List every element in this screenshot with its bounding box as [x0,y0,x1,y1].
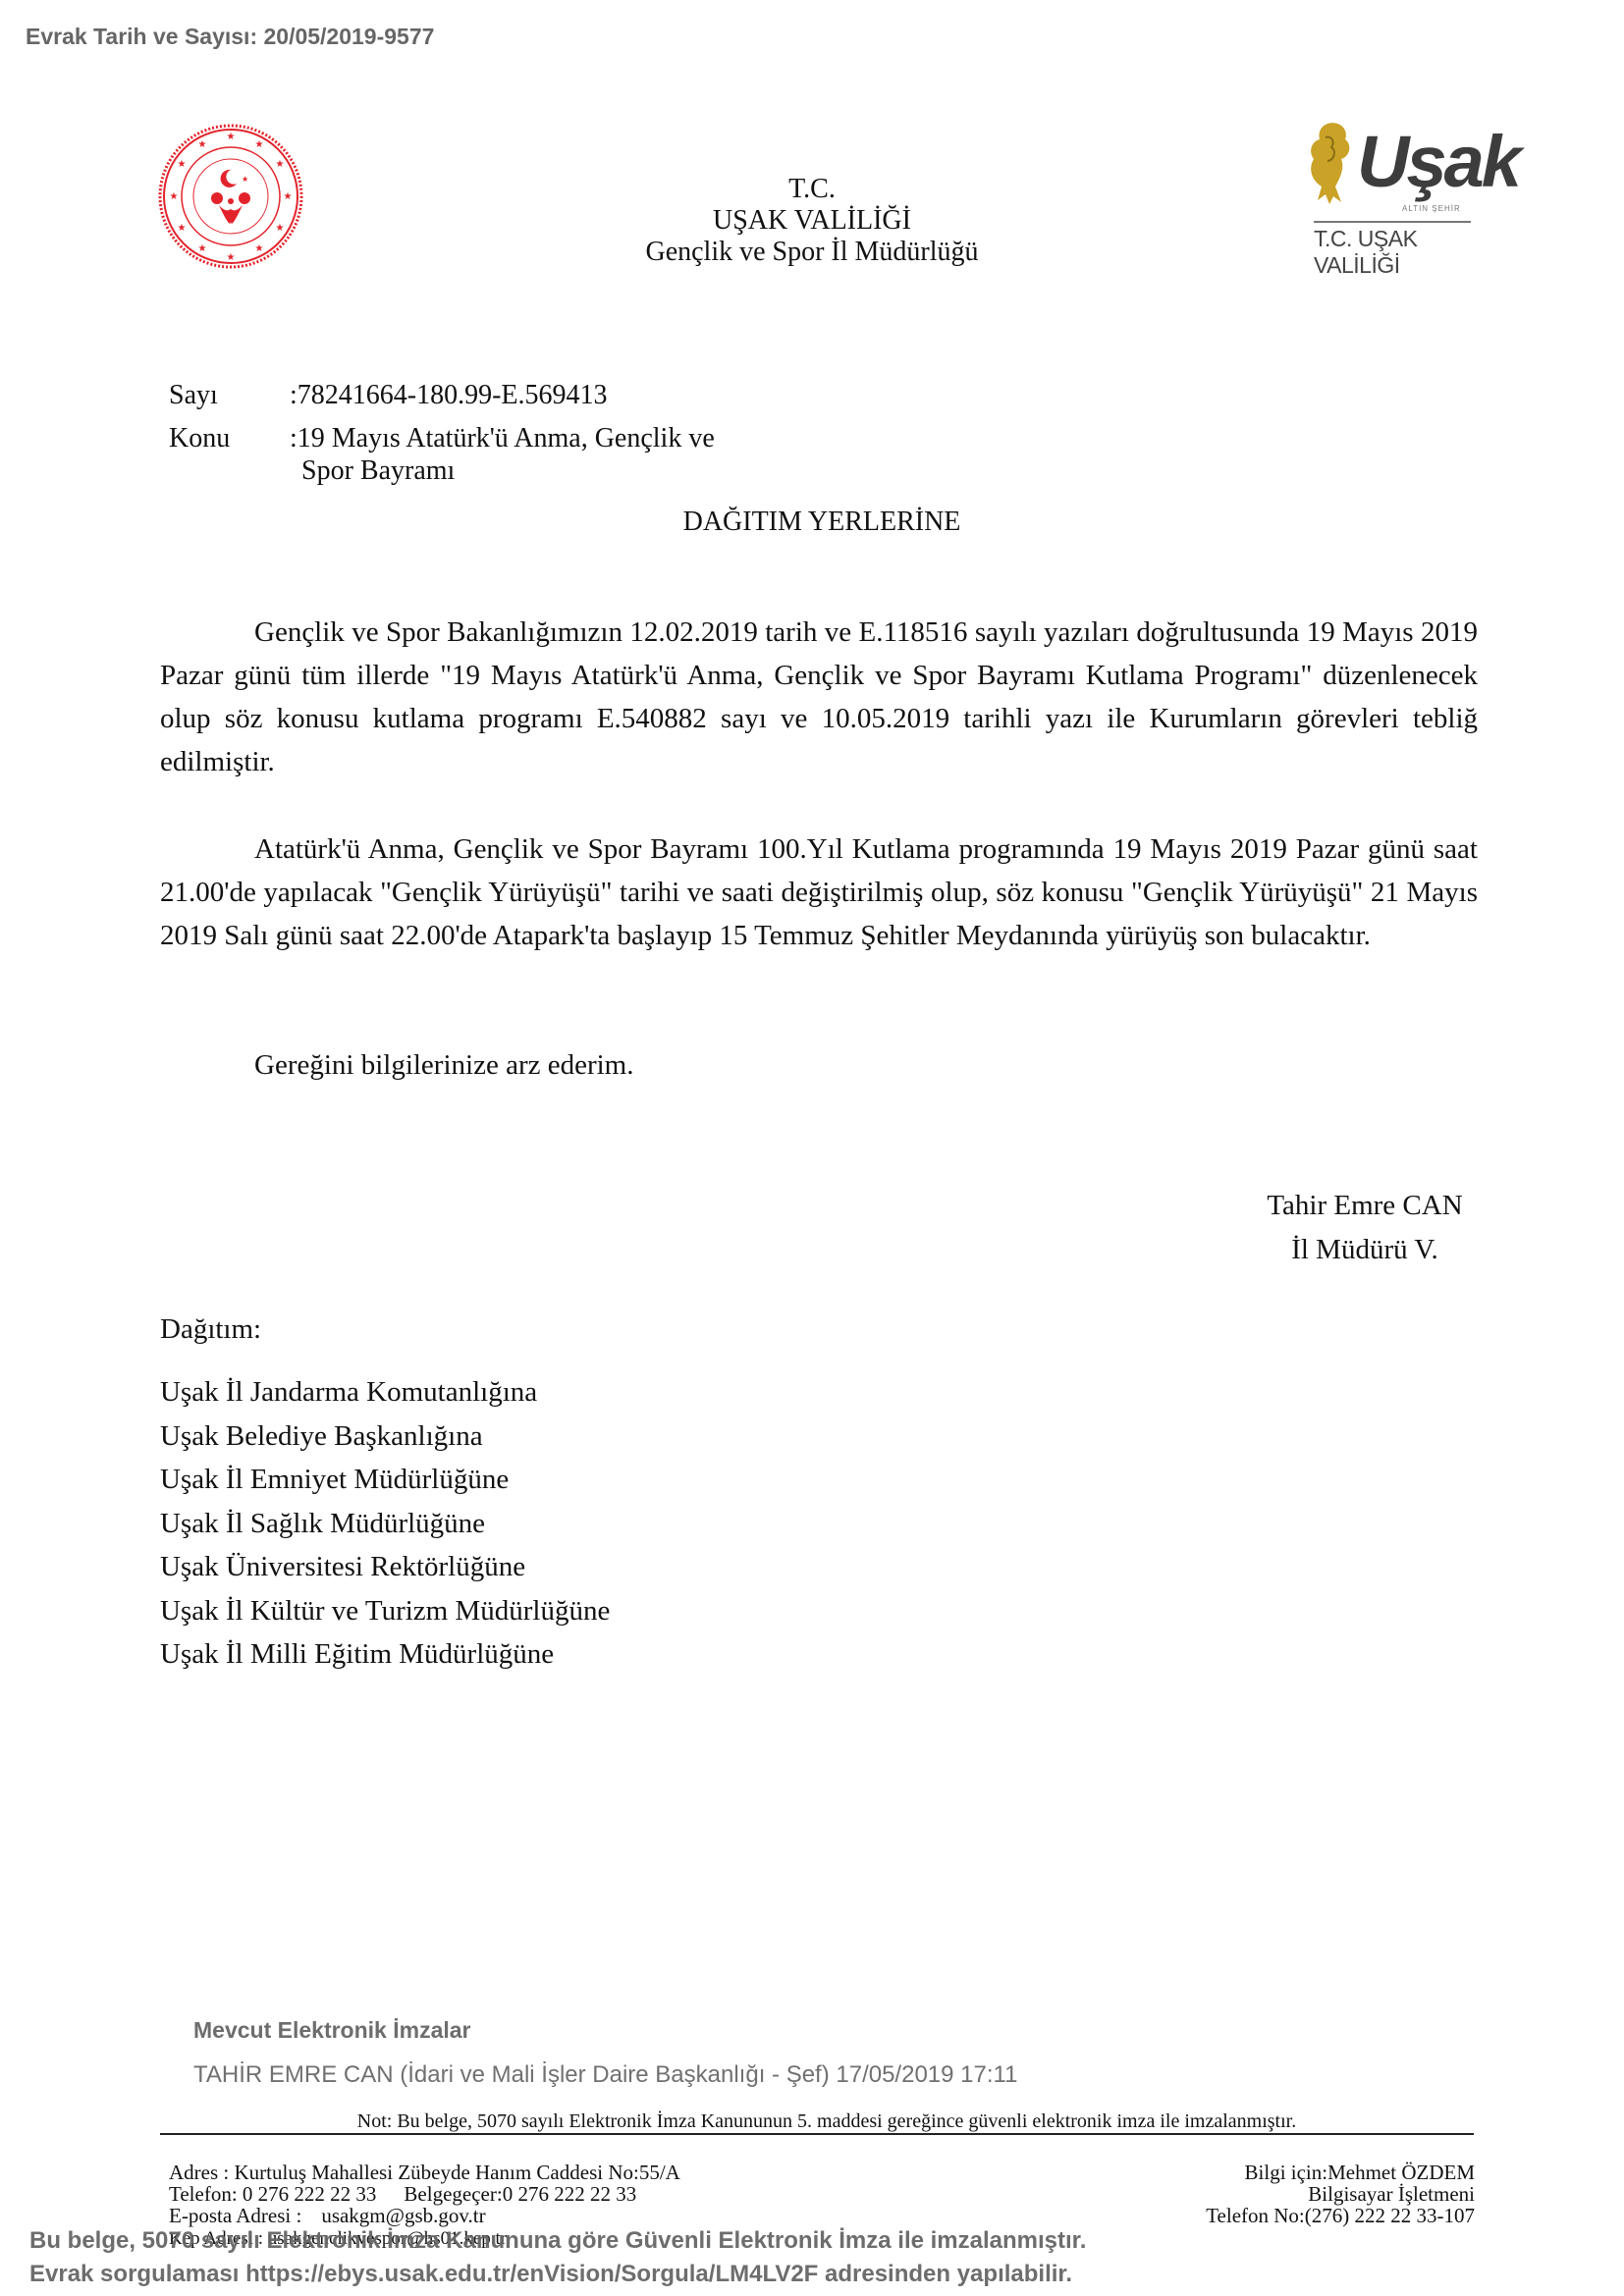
signer-name: Tahir Emre CAN [1208,1184,1522,1228]
footer-contact-left: Adres : Kurtuluş Mahallesi Zübeyde Hanım… [169,2162,680,2226]
konu-value-continued: Spor Bayramı [169,454,839,488]
footer-email-row: E-posta Adresi :usakgm@gsb.gov.tr [169,2205,680,2226]
konu-row: Konu :19 Mayıs Atatürk'ü Anma, Gençlik v… [169,422,839,455]
evrak-date-number: Evrak Tarih ve Sayısı: 20/05/2019-9577 [26,24,434,50]
footer-phone: Telefon: 0 276 222 22 33 [169,2182,376,2206]
sayi-row: Sayı :78241664-180.99-E.569413 [169,379,839,412]
svg-text:★: ★ [255,139,264,150]
info-contact: Bilgi için:Mehmet ÖZDEM [1206,2162,1475,2183]
distribution-item: Uşak İl Kültür ve Turizm Müdürlüğüne [160,1589,610,1633]
distribution-item: Uşak İl Emniyet Müdürlüğüne [160,1458,610,1502]
info-phone: Telefon No:(276) 222 22 33-107 [1206,2205,1475,2226]
addressee: DAĞITIM YERLERİNE [0,507,1624,538]
footer-phone-fax: Telefon: 0 276 222 22 33Belgegeçer:0 276… [169,2183,680,2205]
signer-block: Tahir Emre CAN İl Müdürü V. [1208,1184,1522,1272]
watermark-esign-statement: Bu belge, 5070 sayılı Elektronik İmza Ka… [29,2224,1086,2258]
footer-contact-right: Bilgi için:Mehmet ÖZDEM Bilgisayar İşlet… [1206,2162,1475,2226]
konu-value: :19 Mayıs Atatürk'ü Anma, Gençlik ve [290,422,839,455]
distribution-item: Uşak Üniversitesi Rektörlüğüne [160,1545,610,1589]
distribution-item: Uşak İl Milli Eğitim Müdürlüğüne [160,1632,610,1677]
footer-address: Adres : Kurtuluş Mahallesi Zübeyde Hanım… [169,2162,680,2183]
heading-tc: T.C. [0,174,1624,205]
distribution-item: Uşak İl Sağlık Müdürlüğüne [160,1502,610,1546]
heading-directorate: Gençlik ve Spor İl Müdürlüğü [0,237,1624,268]
distribution-item: Uşak Belediye Başkanlığına [160,1415,610,1459]
watermark-verification-link[interactable]: Evrak sorgulaması https://ebys.usak.edu.… [29,2258,1086,2291]
footer-divider [160,2133,1474,2135]
signer-title: İl Müdürü V. [1208,1228,1522,1272]
heading-valilik: UŞAK VALİLİĞİ [0,205,1624,237]
svg-text:★: ★ [227,132,236,142]
body-paragraph: Gençlik ve Spor Bakanlığımızın 12.02.201… [160,611,1478,783]
distribution-list: Uşak İl Jandarma Komutanlığına Uşak Bele… [160,1370,610,1677]
verification-watermark: Bu belge, 5070 sayılı Elektronik İmza Ka… [29,2224,1086,2291]
sayi-value: :78241664-180.99-E.569413 [290,379,839,412]
distribution-item: Uşak İl Jandarma Komutanlığına [160,1370,610,1415]
svg-text:★: ★ [178,159,187,170]
konu-label: Konu [169,422,290,455]
body-paragraph: Atatürk'ü Anma, Gençlik ve Spor Bayramı … [160,828,1478,957]
distribution-title: Dağıtım: [160,1313,261,1346]
svg-text:★: ★ [198,139,207,150]
footer-fax: Belgegeçer:0 276 222 22 33 [404,2182,636,2206]
document-heading: T.C. UŞAK VALİLİĞİ Gençlik ve Spor İl Mü… [0,174,1624,268]
esignature-legal-note: Not: Bu belge, 5070 sayılı Elektronik İm… [0,2110,1624,2133]
document-meta: Sayı :78241664-180.99-E.569413 Konu :19 … [169,379,839,488]
info-role: Bilgisayar İşletmeni [1206,2183,1475,2205]
svg-text:★: ★ [276,159,285,170]
esignature-entry: TAHİR EMRE CAN (İdari ve Mali İşler Dair… [193,2061,1017,2089]
sayi-label: Sayı [169,379,290,412]
closing-sentence: Gereğini bilgilerinize arz ederim. [160,1043,1478,1087]
esignatures-title: Mevcut Elektronik İmzalar [193,2017,471,2044]
